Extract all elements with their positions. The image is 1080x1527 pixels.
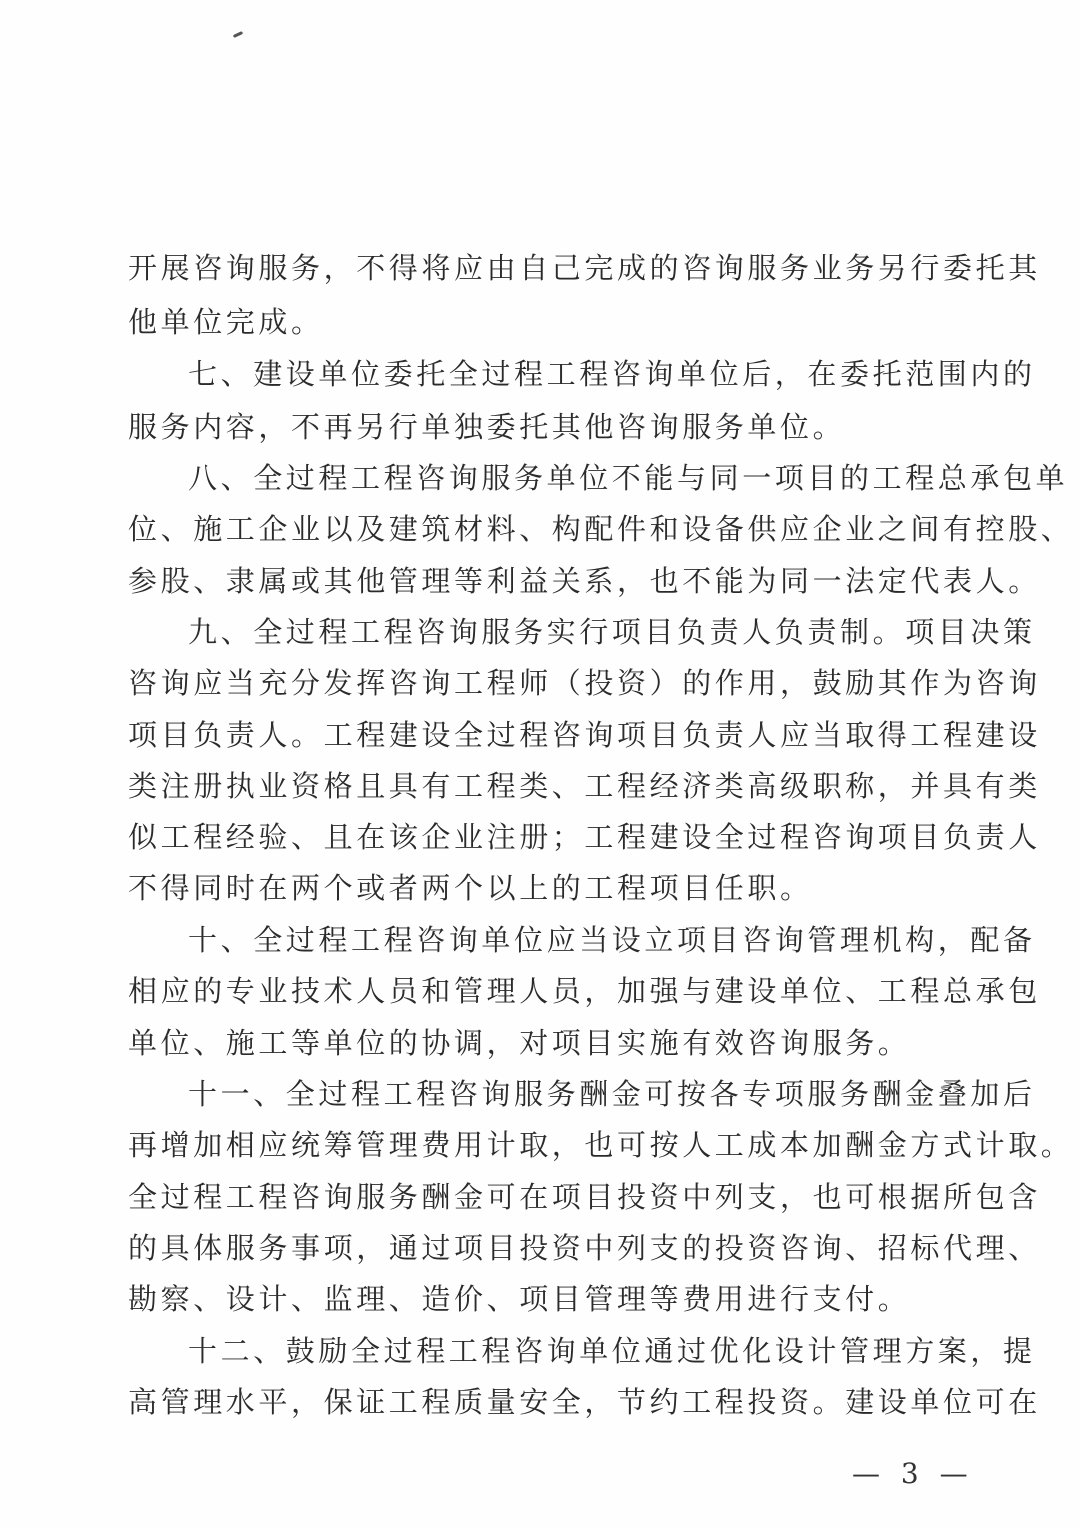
document-page: 开展咨询服务，不得将应由自己完成的咨询服务业务另行委托其 他单位完成。 七、建设… [0, 0, 1080, 1527]
text-line: 不得同时在两个或者两个以上的工程项目任职。 [128, 868, 943, 908]
text-line: 类注册执业资格且具有工程类、工程经济类高级职称，并具有类 [128, 766, 943, 806]
text-line: 的具体服务事项，通过项目投资中列支的投资咨询、招标代理、 [128, 1228, 943, 1268]
text-line: 服务内容，不再另行单独委托其他咨询服务单位。 [128, 407, 943, 447]
text-line: 七、建设单位委托全过程工程咨询单位后，在委托范围内的 [188, 354, 943, 394]
text-line: 参股、隶属或其他管理等利益关系，也不能为同一法定代表人。 [128, 561, 943, 601]
text-line: 相应的专业技术人员和管理人员，加强与建设单位、工程总承包 [128, 971, 943, 1011]
text-line: 咨询应当充分发挥咨询工程师（投资）的作用，鼓励其作为咨询 [128, 663, 943, 703]
text-line: 再增加相应统筹管理费用计取，也可按人工成本加酬金方式计取。 [128, 1125, 943, 1165]
text-line: 全过程工程咨询服务酬金可在项目投资中列支，也可根据所包含 [128, 1177, 943, 1217]
text-line: 项目负责人。工程建设全过程咨询项目负责人应当取得工程建设 [128, 715, 943, 755]
text-line: 位、施工企业以及建筑材料、构配件和设备供应企业之间有控股、 [128, 509, 943, 549]
text-line: 高管理水平，保证工程质量安全，节约工程投资。建设单位可在 [128, 1382, 943, 1422]
text-line: 似工程经验、且在该企业注册；工程建设全过程咨询项目负责人 [128, 817, 943, 857]
text-line: 十一、全过程工程咨询服务酬金可按各专项服务酬金叠加后 [188, 1074, 943, 1114]
text-line: 单位、施工等单位的协调，对项目实施有效咨询服务。 [128, 1023, 943, 1063]
text-line: 开展咨询服务，不得将应由自己完成的咨询服务业务另行委托其 [128, 248, 943, 288]
scan-artifact-mark [233, 31, 243, 38]
text-line: 九、全过程工程咨询服务实行项目负责人负责制。项目决策 [188, 612, 943, 652]
text-line: 十、全过程工程咨询单位应当设立项目咨询管理机构，配备 [188, 920, 943, 960]
text-line: 十二、鼓励全过程工程咨询单位通过优化设计管理方案，提 [188, 1331, 943, 1371]
text-line: 勘察、设计、监理、造价、项目管理等费用进行支付。 [128, 1279, 943, 1319]
text-line: 八、全过程工程咨询服务单位不能与同一项目的工程总承包单 [188, 458, 943, 498]
text-line: 他单位完成。 [128, 302, 943, 342]
page-number: — 3 — [852, 1457, 974, 1490]
